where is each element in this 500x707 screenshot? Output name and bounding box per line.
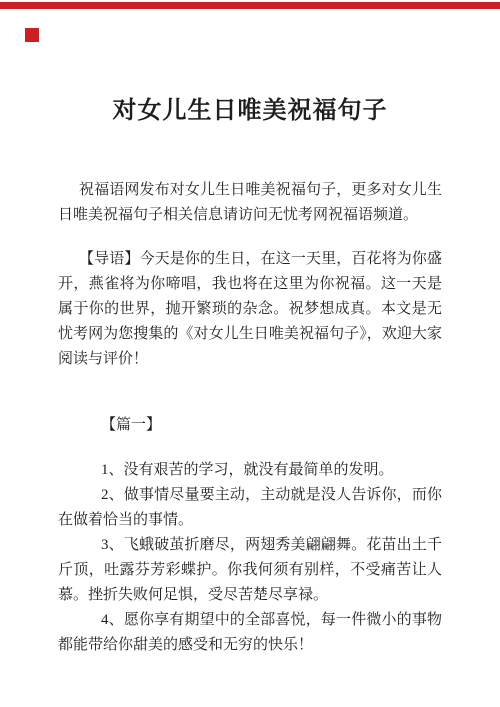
list-item: 4、愿你享有期望中的全部喜悦，每一件微小的事物都能带给你甜美的感受和无穷的快乐！ bbox=[58, 608, 442, 658]
list-item: 1、没有艰苦的学习，就没有最简单的发明。 bbox=[58, 458, 442, 483]
document-title: 对女儿生日唯美祝福句子 bbox=[58, 96, 442, 126]
list-item: 3、飞蛾破茧折磨尽，两翅秀美翩翩舞。花苗出土千斤顶，吐露芬芳彩蝶护。你我何须有别… bbox=[58, 533, 442, 608]
intro-paragraph: 祝福语网发布对女儿生日唯美祝福句子，更多对女儿生日唯美祝福句子相关信息请访问无忧… bbox=[58, 178, 442, 228]
list-item: 2、做事情尽量要主动，主动就是没人告诉你，而你在做着恰当的事情。 bbox=[58, 483, 442, 533]
section-heading: 【篇一】 bbox=[58, 413, 442, 438]
document-body: 对女儿生日唯美祝福句子 祝福语网发布对女儿生日唯美祝福句子，更多对女儿生日唯美祝… bbox=[58, 0, 442, 658]
document-page: 对女儿生日唯美祝福句子 祝福语网发布对女儿生日唯美祝福句子，更多对女儿生日唯美祝… bbox=[0, 0, 500, 707]
red-square-marker bbox=[25, 28, 39, 42]
lead-paragraph: 【导语】今天是你的生日，在这一天里，百花将为你盛开，燕雀将为你啼唱，我也将在这里… bbox=[58, 247, 442, 372]
